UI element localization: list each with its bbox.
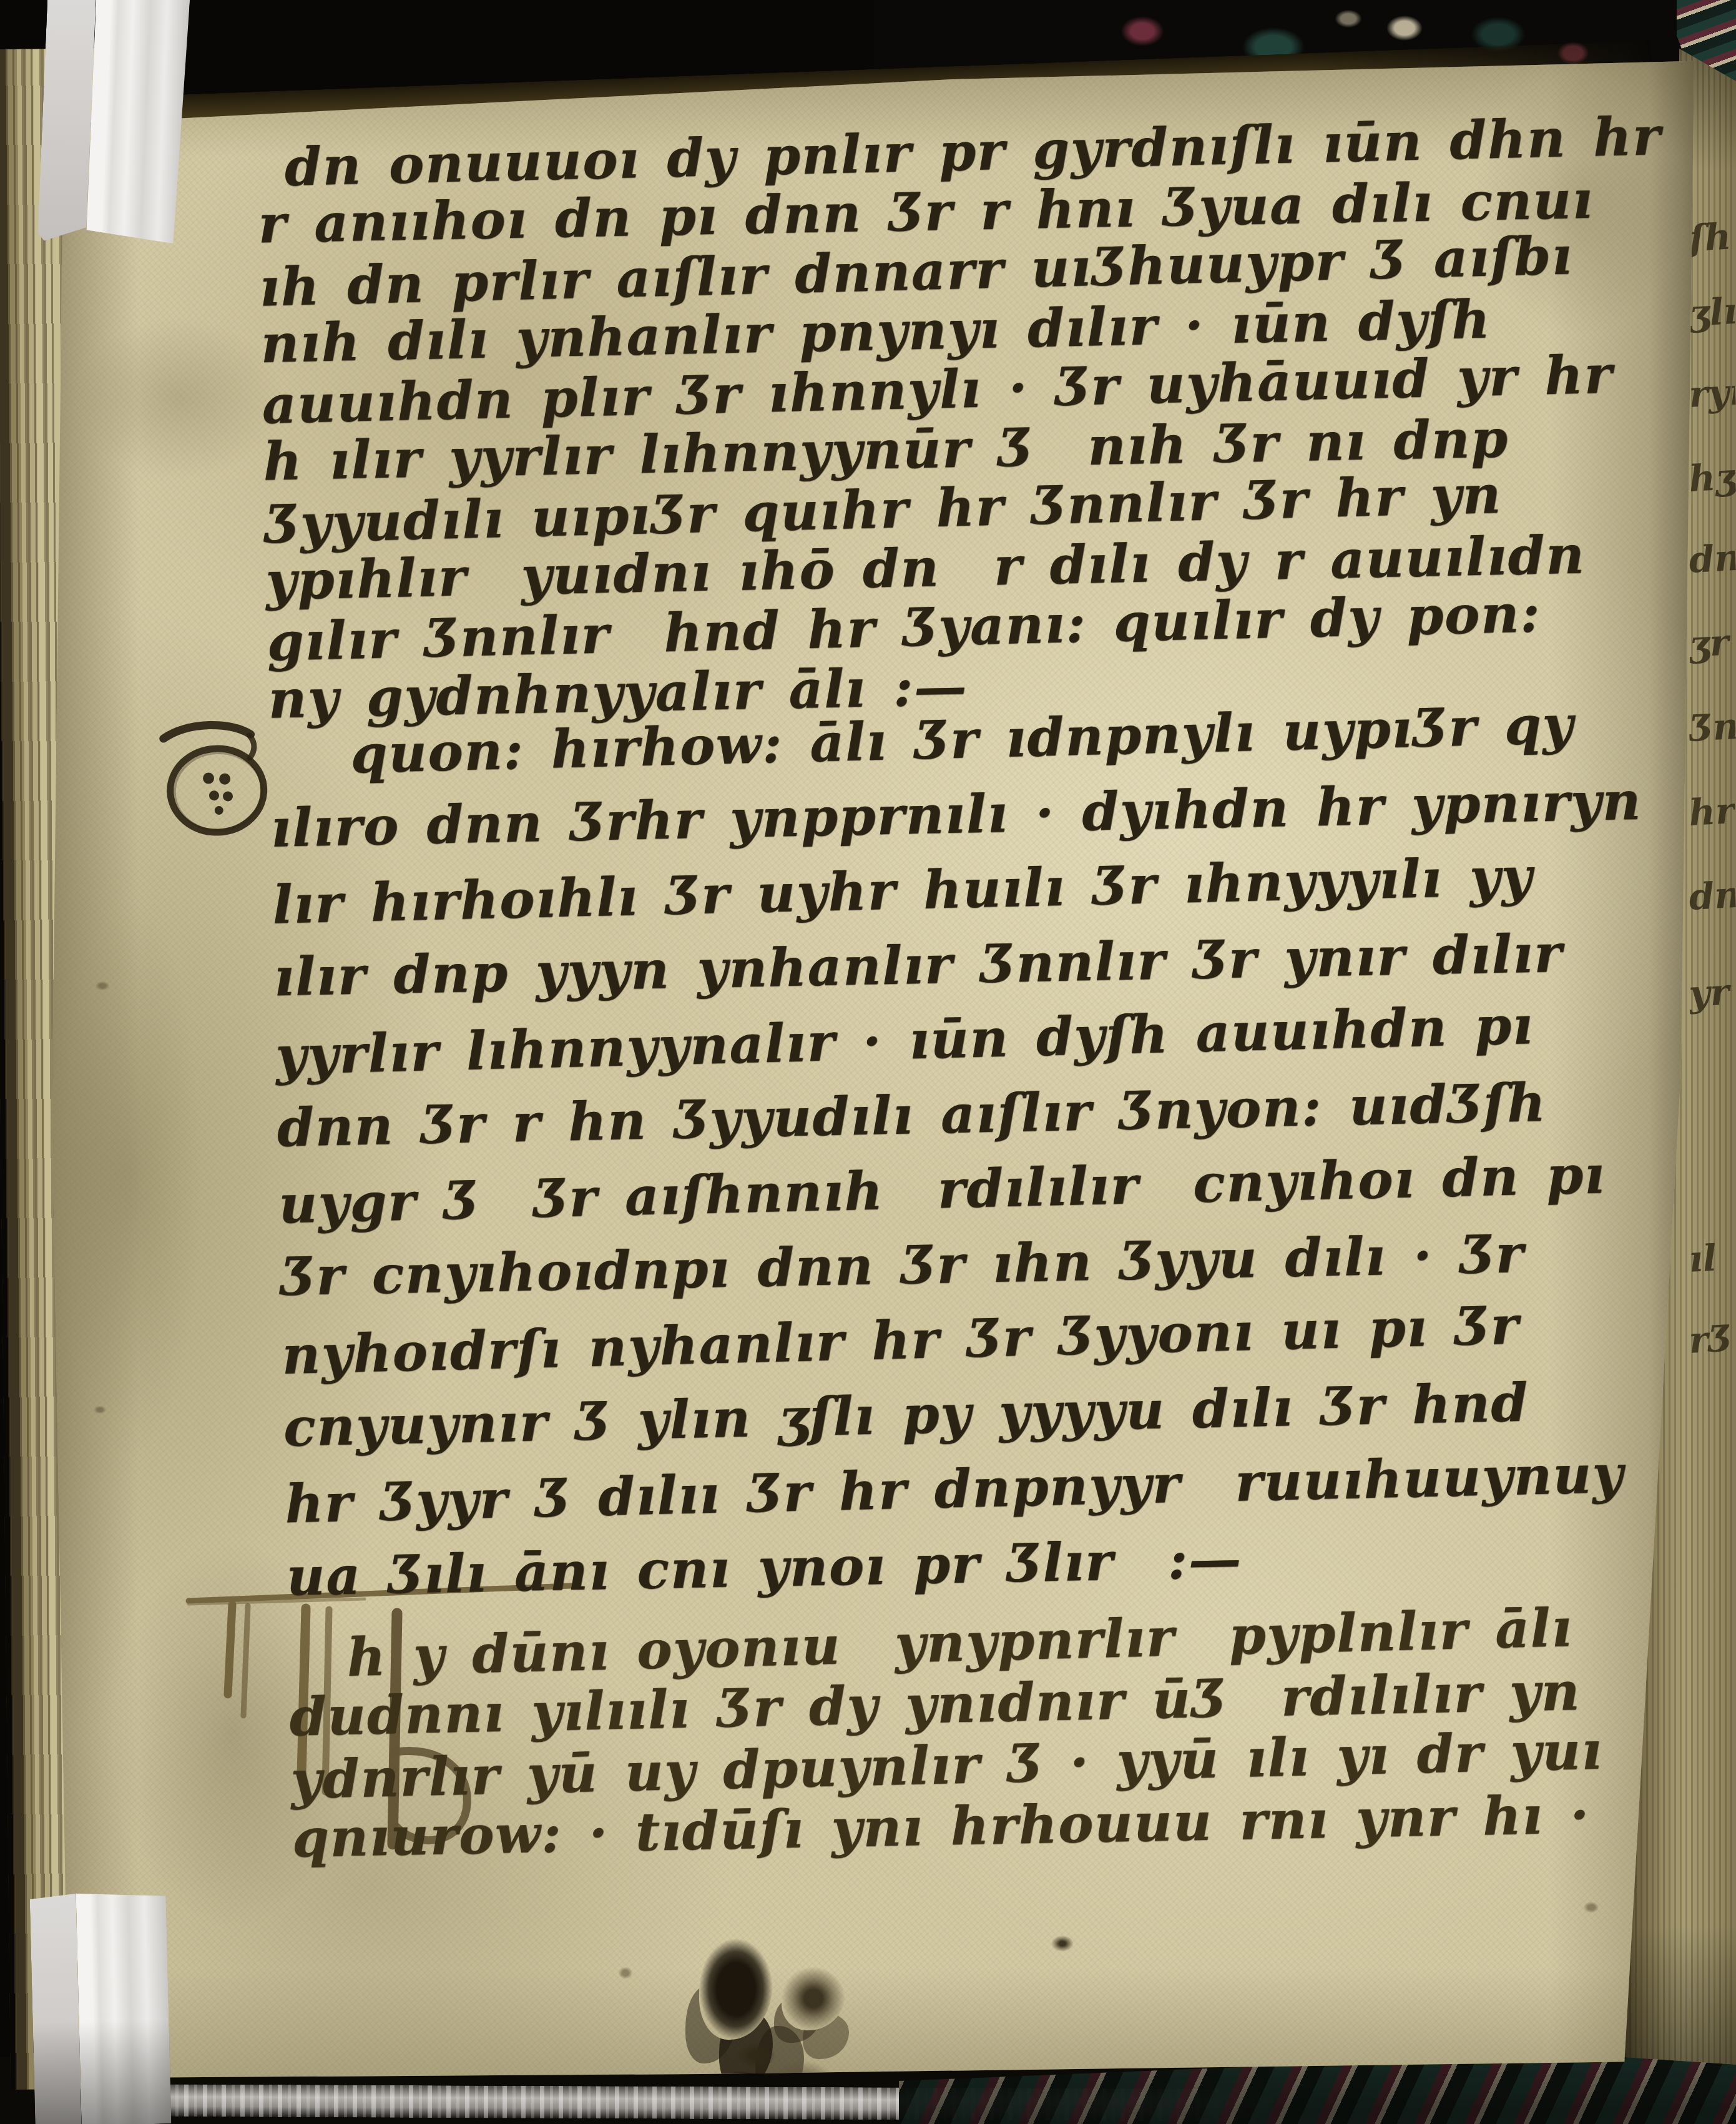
text-line: lır hırhoıhlı Ʒr uyhr huılı Ʒr ıhnyyyılı… <box>272 850 1534 932</box>
text-line: ılır dnp yyyn ynhanlır Ʒnnlır Ʒr ynır dı… <box>273 927 1563 1003</box>
tape-strip <box>86 0 190 249</box>
text-line: cnyuynır Ʒ ylın ʒſlı py yyyyu dılı Ʒr hn… <box>283 1377 1529 1454</box>
grime-smudge <box>64 898 201 1460</box>
adjacent-page-text-fragment: dnu <box>1688 539 1736 610</box>
conservation-tape-bottom <box>29 1891 171 2124</box>
text-line: uygr Ʒ Ʒr aıſhnnıh rdılılır cnyıhoı dn p… <box>278 1148 1606 1231</box>
adjacent-page-text-fragment: ryn <box>1688 373 1736 445</box>
text-line: nyhoıdrſı nyhanlır hr Ʒr Ʒyyonı uı pı Ʒr <box>282 1299 1520 1382</box>
tape-strip <box>29 1894 81 2124</box>
adjacent-page-text-fragment: hr <box>1688 792 1736 863</box>
text-line: ua Ʒılı ānı cnı ynoı pr Ʒlır :— <box>286 1533 1242 1603</box>
manuscript-photo: ſhʒlırynhʒdnuʒrƷnhrdnyrılrƷ <box>0 0 1736 2124</box>
grime-smudge <box>76 317 282 479</box>
text-line: yyrlır lıhnnyynalır · ıūn dyſh auuıhdn p… <box>275 999 1534 1082</box>
adjacent-page-text-fragment: yr <box>1688 973 1736 1044</box>
parchment-page: dn onuuuoı dy pnlır pr gyrdnıſlı ıūn dhn… <box>39 55 1699 2090</box>
adjacent-page-text-fragment: ıl <box>1688 1238 1736 1309</box>
text-line: hr Ʒyyr Ʒ dılıı Ʒr hr dnpnyyr ruuıhuuynu… <box>285 1448 1625 1531</box>
text-line: dnn Ʒr r hn Ʒyyudılı aıſlır Ʒnyon: uıdƷſ… <box>277 1076 1547 1154</box>
conservation-tape-top <box>37 0 190 249</box>
tape-strip <box>76 1891 172 2124</box>
adjacent-page-text-fragment: hʒ <box>1688 458 1736 529</box>
adjacent-page-text-fragment: Ʒn <box>1688 707 1736 779</box>
adjacent-page-text-fragment: dn <box>1688 876 1736 947</box>
adjacent-page-text-fragment: rƷ <box>1688 1319 1736 1390</box>
text-block: dn onuuuoı dy pnlır pr gyrdnıſlı ıūn dhn… <box>255 26 1708 2090</box>
adjacent-page-text-fragment: ſh <box>1688 217 1736 288</box>
text-line: ılıro dnn Ʒrhr ynpprnılı · dyıhdn hr ypn… <box>270 775 1642 855</box>
text-line: Ʒr cnyıhoıdnpı dnn Ʒr ıhn Ʒyyu dılı · Ʒr <box>280 1227 1524 1303</box>
adjacent-page-text-fragment: ʒlı <box>1688 292 1736 363</box>
adjacent-page-text-fragment: ʒr <box>1688 623 1736 694</box>
